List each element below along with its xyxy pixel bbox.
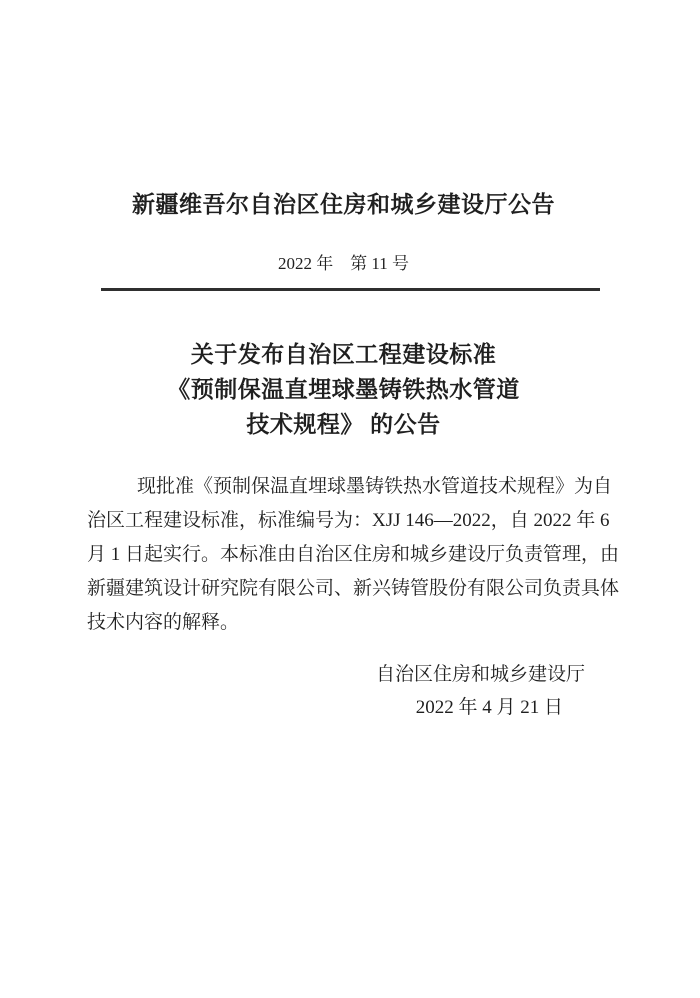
document-page: 新疆维吾尔自治区住房和城乡建设厅公告 2022 年 第 11 号 关于发布自治区… <box>0 0 700 998</box>
issuing-authority: 自治区住房和城乡建设厅 <box>87 658 600 691</box>
announcement-header: 新疆维吾尔自治区住房和城乡建设厅公告 <box>87 186 600 219</box>
document-title: 关于发布自治区工程建设标准 《预制保温直埋球墨铸铁热水管道 技术规程》 的公告 <box>87 337 600 442</box>
issue-number: 2022 年 第 11 号 <box>87 249 600 274</box>
title-line-3: 技术规程》 的公告 <box>87 407 600 442</box>
body-line-5: 技术内容的解释。 <box>87 606 600 640</box>
title-line-2: 《预制保温直埋球墨铸铁热水管道 <box>87 372 600 407</box>
signature-block: 自治区住房和城乡建设厅 2022 年 4 月 21 日 <box>87 658 600 724</box>
body-line-1: 现批准《预制保温直埋球墨铸铁热水管道技术规程》为自 <box>87 470 600 504</box>
body-line-3: 月 1 日起实行。本标准由自治区住房和城乡建设厅负责管理，由 <box>87 538 600 572</box>
title-line-1: 关于发布自治区工程建设标准 <box>87 337 600 372</box>
body-paragraph: 现批准《预制保温直埋球墨铸铁热水管道技术规程》为自 治区工程建设标准，标准编号为… <box>87 470 600 640</box>
issue-date: 2022 年 4 月 21 日 <box>87 691 600 724</box>
body-line-2: 治区工程建设标准，标准编号为：XJJ 146—2022，自 2022 年 6 <box>87 504 600 538</box>
body-line-4: 新疆建筑设计研究院有限公司、新兴铸管股份有限公司负责具体 <box>87 572 600 606</box>
divider-rule <box>101 288 600 291</box>
